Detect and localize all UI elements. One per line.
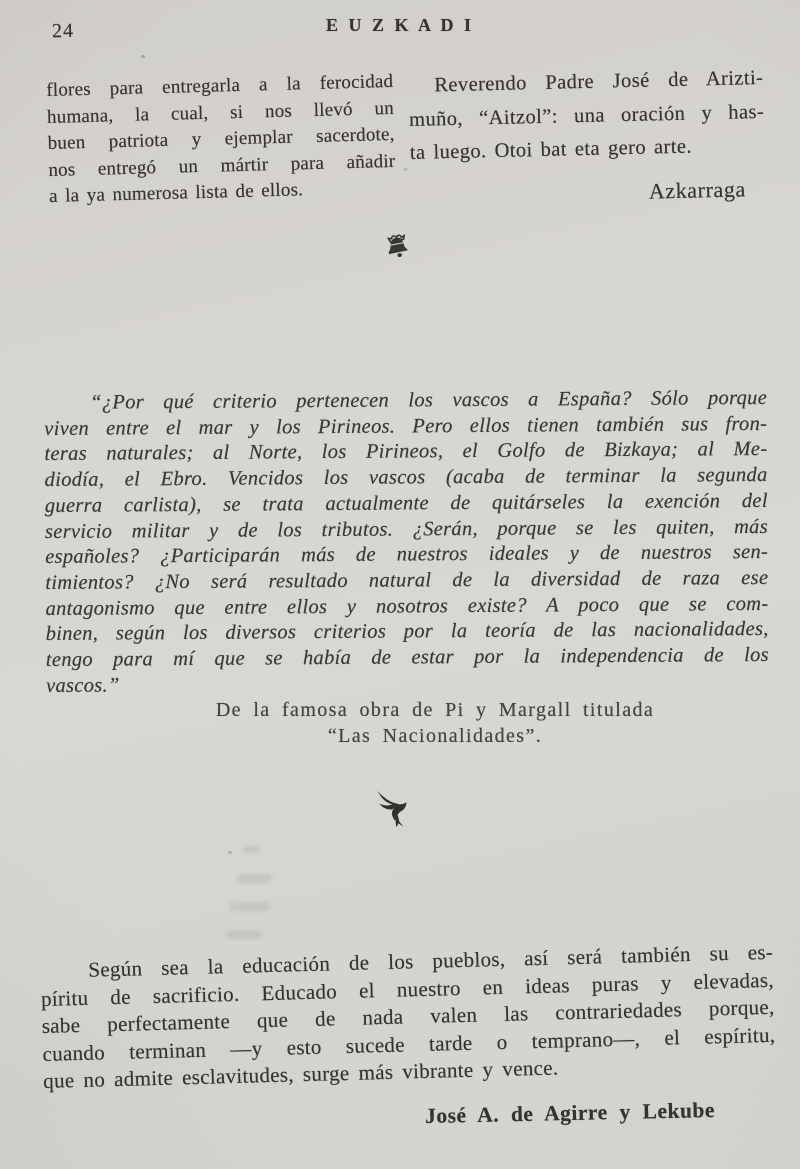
ink-bleed-ghost: [238, 874, 272, 883]
right-column-paragraph: Reverendo Padre José de Arizti-muño, “Ai…: [408, 62, 765, 171]
masthead-title: E U Z K A D I: [0, 15, 800, 36]
attribution-line-2: “Las Nacionalidades”.: [85, 723, 785, 749]
scan-speck: [404, 168, 407, 171]
right-column: Reverendo Padre José de Arizti-muño, “Ai…: [408, 62, 766, 213]
scanned-magazine-page: 24 E U Z K A D I flores para entregarla …: [0, 0, 800, 1169]
text-line: vascos.”: [46, 669, 769, 700]
text-line: ta luego. Otoi bat eta gero arte.: [410, 129, 766, 171]
scan-speck: [228, 851, 232, 854]
column-signature: Azkarraga: [410, 171, 766, 213]
text-line: tengo para mí que se había de estar por …: [46, 643, 769, 674]
author-signature: José A. de Agirre y Lekube: [420, 1098, 720, 1129]
ink-bleed-ghost: [242, 846, 260, 853]
pullquote-paragraph: “¿Por qué criterio pertenecen los vascos…: [44, 386, 769, 699]
ink-bleed-ghost: [226, 930, 262, 939]
quote-attribution: De la famosa obra de Pi y Margall titula…: [85, 697, 785, 749]
closing-paragraph: Según sea la educación de los pueblos, a…: [40, 939, 776, 1096]
left-column-paragraph: flores para entregarla a la ferocidadhum…: [46, 69, 396, 211]
attribution-line-1: De la famosa obra de Pi y Margall titula…: [85, 697, 785, 723]
ink-bleed-ghost: [230, 902, 270, 911]
bell-ornament-icon: [379, 229, 416, 265]
swallow-ornament-icon: [372, 790, 416, 830]
scan-speck: [141, 55, 145, 58]
